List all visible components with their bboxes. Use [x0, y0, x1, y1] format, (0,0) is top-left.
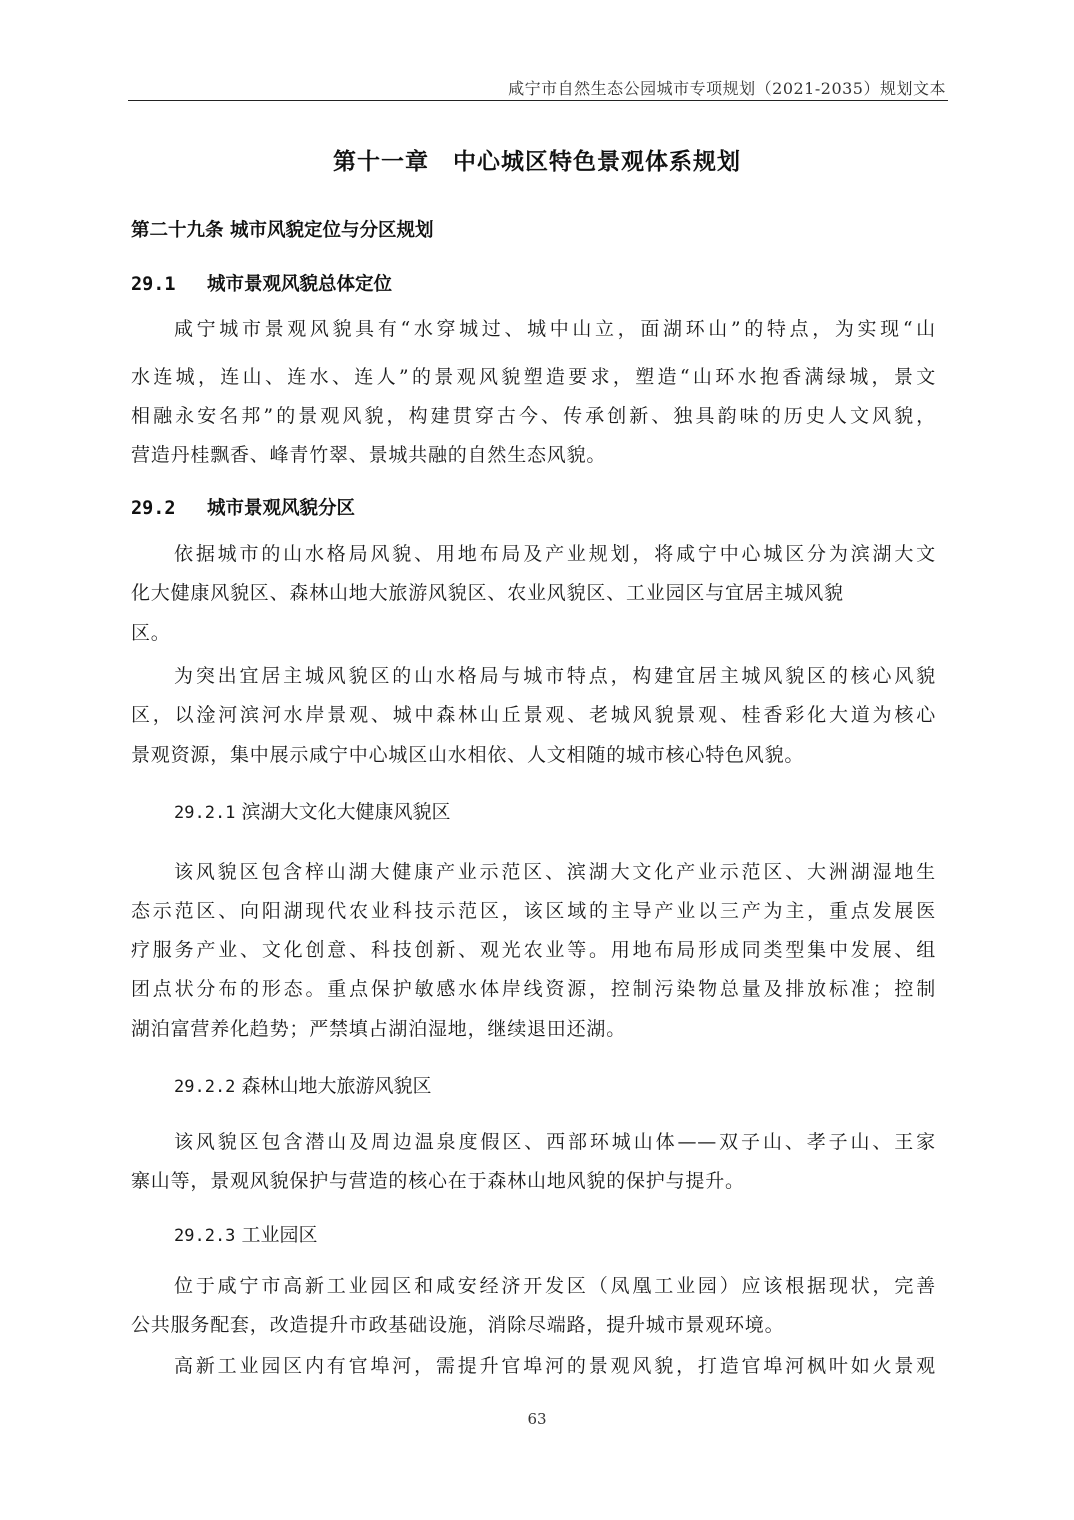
paragraph-line: 化大健康风貌区、森林山地大旅游风貌区、农业风貌区、工业园区与宜居主城风貌: [131, 578, 936, 605]
paragraph-line: 寨山等，景观风貌保护与营造的核心在于森林山地风貌的保护与提升。: [131, 1166, 936, 1193]
paragraph-line: 水连城，连山、连水、连人”的景观风貌塑造要求，塑造“山环水抱香满绿城，景文: [131, 362, 936, 389]
paragraph-line: 区，以淦河滨河水岸景观、城中森林山丘景观、老城风貌景观、桂香彩化大道为核心: [131, 700, 936, 727]
subsection-title: 滨湖大文化大健康风貌区: [241, 801, 450, 823]
paragraph-line: 该风貌区包含潜山及周边温泉度假区、西部环城山体——双子山、孝子山、王家: [174, 1127, 936, 1154]
page-number: 63: [0, 1410, 1074, 1428]
paragraph-line: 区。: [131, 618, 936, 645]
paragraph-line: 营造丹桂飘香、峰青竹翠、景城共融的自然生态风貌。: [131, 440, 936, 467]
paragraph-line: 公共服务配套，改造提升市政基础设施，消除尽端路，提升城市景观环境。: [131, 1310, 936, 1337]
paragraph-line: 景观资源，集中展示咸宁中心城区山水相依、人文相随的城市核心特色风貌。: [131, 740, 936, 767]
subsection-title: 工业园区: [241, 1224, 317, 1246]
subsection-number: 29.2.3: [174, 1226, 235, 1246]
paragraph-line: 疗服务产业、文化创意、科技创新、观光农业等。用地布局形成同类型集中发展、组: [131, 935, 936, 962]
paragraph-line: 依据城市的山水格局风貌、用地布局及产业规划，将咸宁中心城区分为滨湖大文: [174, 539, 936, 566]
section-title: 城市景观风貌分区: [207, 498, 355, 519]
paragraph-line: 态示范区、向阳湖现代农业科技示范区，该区域的主导产业以三产为主，重点发展医: [131, 896, 936, 923]
paragraph-line: 湖泊富营养化趋势；严禁填占湖泊湿地，继续退田还湖。: [131, 1014, 936, 1041]
section-heading-29-2: 29.2城市景观风貌分区: [131, 494, 355, 520]
header-divider: [128, 100, 948, 101]
section-heading-29-1: 29.1城市景观风貌总体定位: [131, 270, 392, 296]
subsection-heading-29-2-1: 29.2.1 滨湖大文化大健康风貌区: [174, 797, 450, 824]
section-number: 29.2: [131, 498, 207, 519]
chapter-title: 第十一章 中心城区特色景观体系规划: [0, 143, 1074, 176]
subsection-title: 森林山地大旅游风貌区: [241, 1075, 431, 1097]
section-number: 29.1: [131, 274, 207, 295]
article-title: 第二十九条 城市风貌定位与分区规划: [131, 216, 433, 242]
section-title: 城市景观风貌总体定位: [207, 274, 392, 295]
paragraph-line: 相融永安名邦”的景观风貌，构建贯穿古今、传承创新、独具韵味的历史人文风貌，: [131, 401, 936, 428]
paragraph-line: 该风貌区包含梓山湖大健康产业示范区、滨湖大文化产业示范区、大洲湖湿地生: [174, 857, 936, 884]
paragraph-line: 咸宁城市景观风貌具有“水穿城过、城中山立，面湖环山”的特点，为实现“山: [174, 314, 936, 341]
paragraph-line: 位于咸宁市高新工业园区和咸安经济开发区（凤凰工业园）应该根据现状，完善: [174, 1271, 936, 1298]
paragraph-line: 团点状分布的形态。重点保护敏感水体岸线资源，控制污染物总量及排放标准；控制: [131, 974, 936, 1001]
paragraph-line: 为突出宜居主城风貌区的山水格局与城市特点，构建宜居主城风貌区的核心风貌: [174, 661, 936, 688]
subsection-number: 29.2.1: [174, 803, 235, 823]
subsection-heading-29-2-3: 29.2.3 工业园区: [174, 1220, 317, 1247]
paragraph-line: 高新工业园区内有官埠河，需提升官埠河的景观风貌，打造官埠河枫叶如火景观: [174, 1351, 936, 1378]
subsection-heading-29-2-2: 29.2.2 森林山地大旅游风貌区: [174, 1071, 431, 1098]
running-header: 咸宁市自然生态公园城市专项规划（2021-2035）规划文本: [508, 76, 946, 99]
subsection-number: 29.2.2: [174, 1077, 235, 1097]
